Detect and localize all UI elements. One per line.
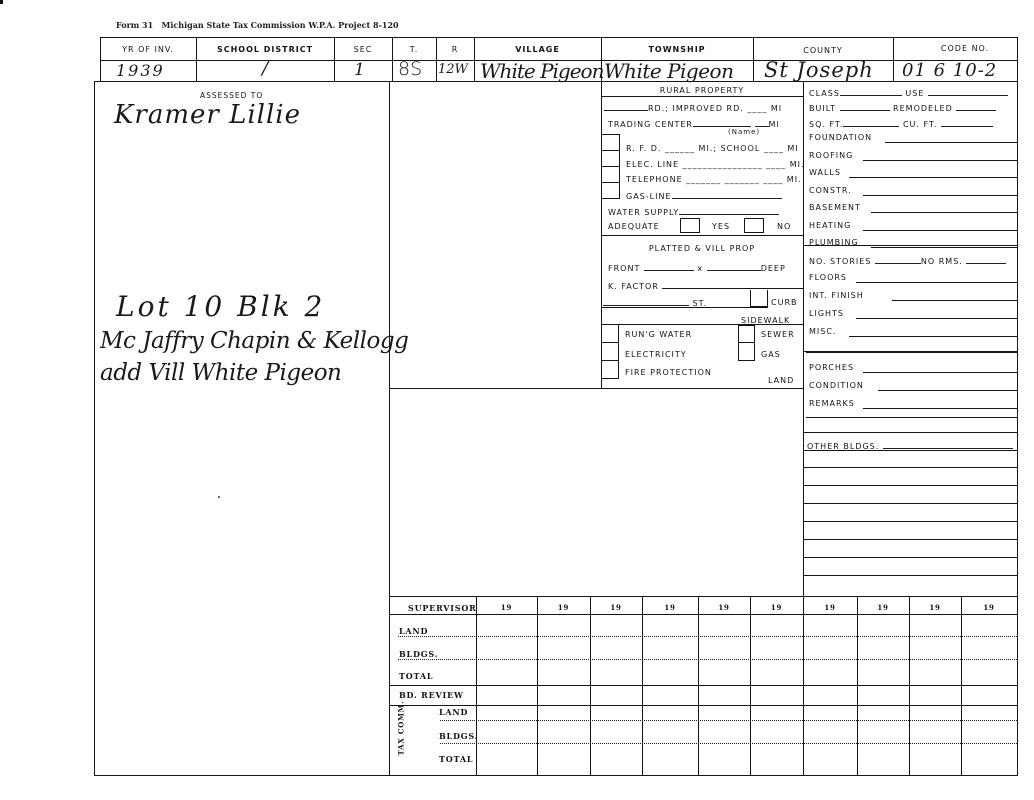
field-blank[interactable] [878,390,1017,391]
year-header[interactable]: 19 [750,603,803,612]
field-heating: HEATING [809,221,851,230]
header-county: COUNTY [753,46,893,55]
description-line-2[interactable]: Mc Jaffry Chapin & Kellogg [100,328,408,354]
year-header[interactable]: 19 [590,603,642,612]
frame-left-main [94,81,95,776]
row-bd-review: BD. REVIEW [399,690,464,700]
yes-label: YES [712,222,730,231]
field-label: MISC. [809,327,836,336]
building-left-border [803,81,804,596]
field-blank[interactable] [863,230,1017,231]
use-blank[interactable] [928,87,1008,96]
assessed-to-value[interactable]: Kramer Lillie [114,100,301,130]
electricity-label: ELECTRICITY [625,350,687,359]
remodeled-label: REMODELED [893,104,953,113]
frame-left [100,37,101,81]
checkbox-rfd[interactable] [601,134,620,151]
checkbox-sewer[interactable] [738,325,755,343]
field-blank[interactable] [849,177,1017,178]
year-col-divider [1017,596,1018,776]
field-blank[interactable] [871,247,1017,248]
value-code-no[interactable]: 01 6 10-2 [902,60,997,81]
row-land: LAND [399,626,428,636]
rd-blank [604,102,648,111]
table-review-bottom [389,705,1017,706]
assessed-to-label: ASSESSED TO [200,91,263,100]
class-use-row: CLASS USE [809,87,1008,98]
water-supply-row: WATER SUPPLY [608,206,779,217]
other-bldgs-rule [803,557,1017,558]
year-header[interactable]: 19 [857,603,909,612]
year-header[interactable]: 19 [803,603,857,612]
gas-line-blank[interactable] [672,190,782,199]
header-yr-of-inv: YR OF INV. [100,45,196,54]
year-col-divider [961,596,962,776]
field-label: CONSTR. [809,186,852,195]
value-township[interactable]: White Pigeon [604,59,733,83]
value-village[interactable]: White Pigeon [480,59,603,83]
value-county[interactable]: St Joseph [764,58,874,82]
checkbox-gas-line[interactable] [601,182,620,199]
year-header[interactable]: 19 [476,603,537,612]
value-r[interactable]: 12W [438,62,468,77]
year-col-divider [537,596,538,776]
field-blank[interactable] [863,195,1017,196]
field-label: LIGHTS [809,309,844,318]
year-col-divider [698,596,699,776]
water-supply-label: WATER SUPPLY [608,208,679,217]
other-bldgs-rule [803,467,1017,468]
water-supply-blank[interactable] [679,206,779,215]
field-label: CONDITION [809,381,864,390]
divider [389,388,803,389]
divider [665,288,803,289]
gas-line-label: GAS-LINE [626,192,672,201]
divider [601,96,803,97]
use-label: USE [905,89,924,98]
field-porches: PORCHES [809,363,854,372]
table-supervisor-bottom [389,685,1017,686]
no-stories-label: NO. STORIES [809,257,871,266]
field-walls: WALLS [809,168,841,177]
year-col-divider [642,596,643,776]
remodeled-blank[interactable] [956,102,996,111]
col-sep [334,37,335,81]
header-code-no: CODE NO. [893,44,1017,53]
name-hint: (Name) [728,128,760,136]
value-t[interactable]: 8S [398,58,422,80]
sq-ft-label: SQ. FT. [809,120,843,129]
class-blank[interactable] [840,87,902,96]
x-label: x [697,264,703,273]
built-row: BUILT REMODELED [809,102,996,113]
field-blank[interactable] [885,142,1017,143]
deep-label: DEEP [761,264,786,273]
checkbox-telephone[interactable] [601,166,620,183]
land-label: LAND [768,376,794,385]
gas-label: GAS [761,350,781,359]
field-int-finish: INT. FINISH [809,291,864,300]
other-bldgs-rule [803,539,1017,540]
trading-center-label: TRADING CENTER [608,120,693,129]
col-sep [474,37,475,81]
checkbox-electricity[interactable] [601,342,619,361]
divider [601,235,803,236]
checkbox-no[interactable] [744,218,764,233]
checkbox-elec-line[interactable] [601,150,620,167]
field-lights: LIGHTS [809,309,844,318]
field-remarks: REMARKS [809,399,855,408]
dotted-bldgs [398,659,1017,660]
field-label: FLOORS [809,273,847,282]
sq-ft-blank[interactable] [843,118,899,127]
header-village: VILLAGE [474,45,601,54]
field-roofing: ROOFING [809,151,853,160]
value-sec[interactable]: 1 [354,60,365,80]
deep-blank[interactable] [707,262,761,271]
field-label: FOUNDATION [809,133,872,142]
cu-ft-blank[interactable] [941,118,993,127]
field-blank[interactable] [871,212,1017,213]
sewer-label: SEWER [761,330,795,339]
year-col-divider [750,596,751,776]
year-col-divider [803,596,804,776]
trading-center-mi: MI [769,120,780,129]
year-header[interactable]: 19 [642,603,698,612]
value-school-district[interactable]: / [262,58,268,79]
col-sep [392,37,393,81]
fire-protection-label: FIRE PROTECTION [625,368,712,377]
field-foundation: FOUNDATION [809,133,872,142]
rural-rd-line: RD.; IMPROVED RD. ____ MI [604,102,782,113]
other-bldgs-rule [803,503,1017,504]
rd-label: RD.; IMPROVED RD. ____ MI [648,104,782,113]
dotted-tc-land [440,720,1017,721]
field-blank[interactable] [863,160,1017,161]
header-t: T. [392,45,436,54]
field-basement: BASEMENT [809,203,861,212]
col-sep [196,37,197,81]
trading-center-mi-blank [755,118,769,127]
other-bldgs-rule [803,485,1017,486]
field-label: REMARKS [809,399,855,408]
divider [601,324,803,325]
cu-ft-label: CU. FT. [903,120,937,129]
field-blank[interactable] [856,282,1017,283]
field-blank[interactable] [863,372,1017,373]
field-blank[interactable] [856,318,1017,319]
no-stories-blank[interactable] [875,255,921,264]
rfd-row: R. F. D. ______ MI.; SCHOOL ____ MI [626,144,799,153]
row-tc-land: LAND [439,707,468,717]
field-label: INT. FINISH [809,291,864,300]
divider [803,351,1017,352]
built-label: BUILT [809,104,836,113]
dotted-tc-bldgs [440,743,1017,744]
other-bldgs-rule [803,575,1017,576]
row-total: TOTAL [399,671,433,681]
rural-property-title: RURAL PROPERTY [601,86,803,95]
st-blank[interactable] [603,297,689,306]
no-rms-label: NO RMS. [921,257,963,266]
row-bldgs: BLDGS. [399,649,438,659]
trading-center-blank[interactable] [693,118,751,127]
year-header[interactable]: 19 [698,603,750,612]
curb-label: CURB [771,298,798,307]
no-rms-blank[interactable] [966,255,1006,264]
divider [803,245,1017,246]
dotted-land [398,636,1017,637]
year-col-divider [590,596,591,776]
left-col-divider [389,81,390,776]
front-label: FRONT [608,264,640,273]
sqft-row: SQ. FT. CU. FT. [809,118,993,129]
misc-extra-line [806,352,1017,353]
header-r: R [436,45,474,54]
stories-row: NO. STORIES NO RMS. [809,255,1006,266]
field-label: BASEMENT [809,203,861,212]
telephone-row: TELEPHONE _______ _______ ____ MI. [626,175,802,184]
rung-water-label: RUN'G WATER [625,330,692,339]
field-misc: MISC. [809,327,836,336]
year-header[interactable]: 19 [909,603,961,612]
row-tc-total: TOTAL [439,754,473,764]
divider [601,307,768,308]
field-label: ROOFING [809,151,853,160]
checkbox-yes[interactable] [680,218,700,233]
class-label: CLASS [809,89,840,98]
table-header-bottom [389,614,1017,615]
header-school-district: SCHOOL DISTRICT [196,45,334,54]
value-yr-of-inv[interactable]: 1939 [116,61,165,80]
field-label: WALLS [809,168,841,177]
remarks-extra-line [806,417,1017,418]
front-blank[interactable] [644,262,694,271]
form-header: Form 31 Michigan State Tax Commission W.… [116,20,399,30]
year-header[interactable]: 19 [537,603,590,612]
gas-line-row: GAS-LINE [626,190,782,201]
field-blank[interactable] [849,336,1017,337]
col-sep [753,37,754,81]
other-bldgs-blank[interactable] [883,440,1013,449]
checkbox-gas[interactable] [738,342,755,361]
frame-top [100,37,1018,38]
description-line-1[interactable]: Lot 10 Blk 2 [116,290,325,323]
field-label: PORCHES [809,363,854,372]
other-bldgs-rule [803,521,1017,522]
platted-title: PLATTED & VILL PROP [601,244,803,253]
field-constr: CONSTR. [809,186,852,195]
table-top [389,596,1017,597]
built-blank[interactable] [840,102,890,111]
header-sec: SEC [334,45,392,54]
description-line-3[interactable]: add Vill White Pigeon [100,360,341,386]
scan-mark [0,0,3,4]
year-col-divider [857,596,858,776]
year-col-divider [476,596,477,776]
year-header[interactable]: 19 [961,603,1017,612]
checkbox-rung-water[interactable] [601,324,619,343]
year-col-divider [909,596,910,776]
scan-speck [218,496,220,498]
supervisor-label: SUPERVISOR [408,603,477,613]
row-tc-bldgs: BLDGS. [439,731,478,741]
no-label: NO [777,222,791,231]
col-sep [436,37,437,81]
k-factor-label: K. FACTOR [608,282,659,291]
header-township: TOWNSHIP [601,45,753,54]
field-label: HEATING [809,221,851,230]
field-condition: CONDITION [809,381,864,390]
frame-bottom [94,775,1018,776]
front-deep-row: FRONT x DEEP [608,262,786,273]
checkbox-curb[interactable] [750,290,768,307]
row-tax-comm: TAX COMM. [397,716,406,756]
elec-line-row: ELEC. LINE ________________ ____ MI. [626,160,805,169]
other-bldgs-rule [803,450,1017,451]
field-blank[interactable] [892,300,1017,301]
field-blank[interactable] [863,408,1017,409]
adequate-label: ADEQUATE [608,222,660,231]
divider [803,432,1017,433]
field-floors: FLOORS [809,273,847,282]
checkbox-fire-protection[interactable] [601,360,619,379]
